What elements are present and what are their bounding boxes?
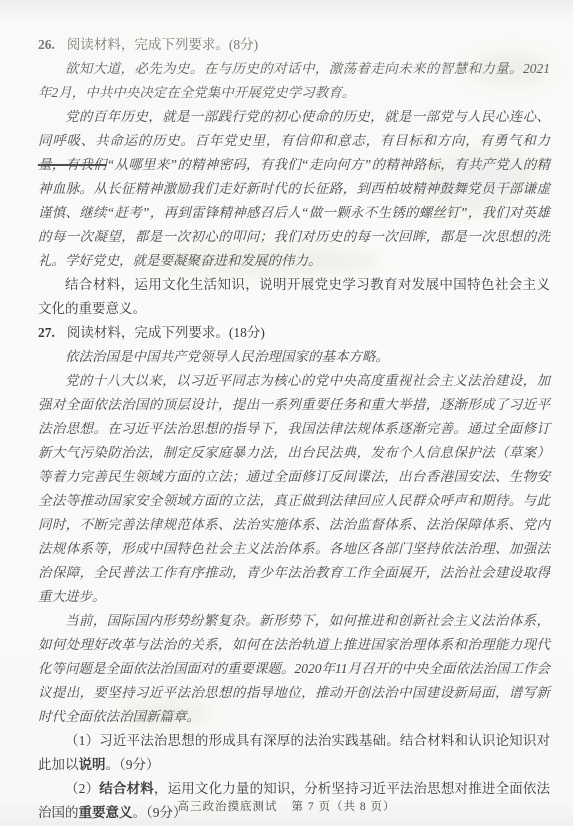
question-number: 26. [38, 37, 55, 52]
material-paragraph: 党的十八大以来，以习近平同志为核心的党中央高度重视社会主义法治建设，加强对全面依… [38, 369, 550, 609]
question-number: 27. [38, 325, 55, 340]
material-paragraph: 当前，国际国内形势纷繁复杂。新形势下，如何推进和创新社会主义法治体系，如何处理好… [38, 609, 550, 729]
sub-question-1: （1）习近平法治思想的形成具有深厚的法治实践基础。结合材料和认识论知识对此加以说… [38, 729, 550, 777]
material-paragraph: 党的百年历史，就是一部践行党的初心使命的历史，就是一部党与人民心连心、同呼吸、共… [38, 105, 550, 273]
task-paragraph: 结合材料，运用文化生活知识，说明开展党史学习教育对发展中国特色社会主义文化的重要… [38, 273, 550, 321]
question-27: 27.阅读材料，完成下列要求。(18分) 依法治国是中国共产党领导人民治理国家的… [38, 321, 550, 825]
page-footer: 高三政治摸底测试第 7 页（共 8 页） [0, 798, 573, 814]
question-27-heading: 27.阅读材料，完成下列要求。(18分) [38, 321, 550, 345]
page-indicator: 第 7 页（共 8 页） [292, 801, 396, 813]
pen-strike-mark: 量，有我们 [38, 157, 107, 172]
exam-page: 26.阅读材料，完成下列要求。(8分) 欲知大道，必先为史。在与历史的对话中，激… [0, 0, 573, 826]
question-stem: 阅读材料，完成下列要求。(18分) [67, 325, 265, 340]
question-26: 26.阅读材料，完成下列要求。(8分) 欲知大道，必先为史。在与历史的对话中，激… [38, 33, 550, 321]
question-26-heading: 26.阅读材料，完成下列要求。(8分) [38, 33, 550, 57]
material-paragraph: 依法治国是中国共产党领导人民治理国家的基本方略。 [38, 345, 550, 369]
material-paragraph: 欲知大道，必先为史。在与历史的对话中，激荡着走向未来的智慧和力量。2021年2月… [38, 57, 550, 105]
question-stem: 阅读材料，完成下列要求。(8分) [67, 37, 258, 52]
exam-title: 高三政治摸底测试 [178, 801, 278, 813]
page-content: 26.阅读材料，完成下列要求。(8分) 欲知大道，必先为史。在与历史的对话中，激… [38, 33, 550, 825]
